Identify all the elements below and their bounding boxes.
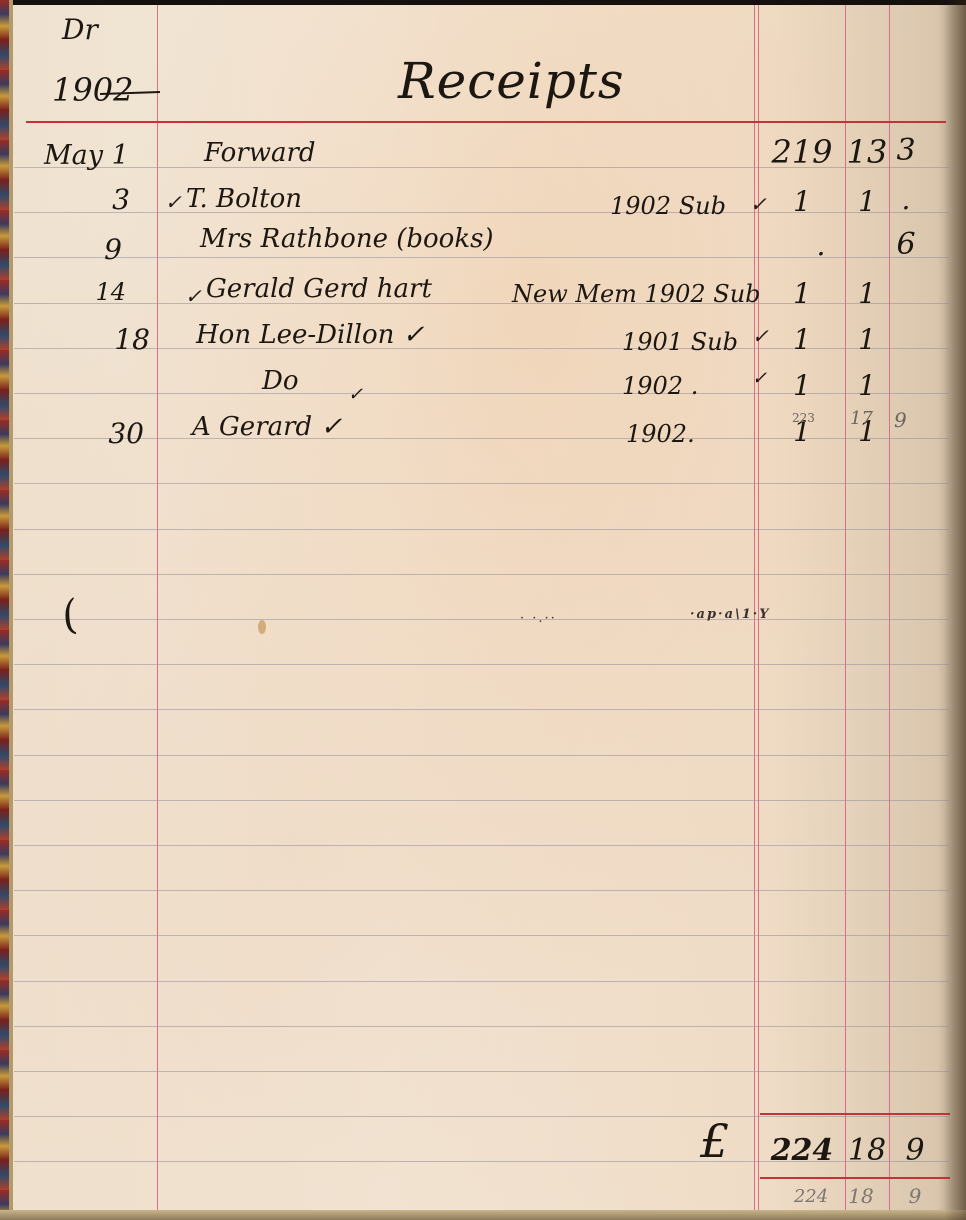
- page-bottom-edge: [0, 1210, 966, 1220]
- entry-shillings: 1: [846, 188, 888, 216]
- margin-rule: [157, 5, 158, 1210]
- total-shillings: 18: [846, 1136, 888, 1166]
- entry-date: 3: [50, 186, 130, 214]
- ruled-line: [14, 483, 949, 484]
- entry-name: Do: [262, 368, 299, 394]
- entry-pence: 6: [890, 230, 922, 260]
- entry-name: A Gerard ✓: [192, 414, 342, 440]
- ruled-line: [14, 890, 949, 891]
- ruled-line: [14, 800, 949, 801]
- entry-name: T. Bolton: [186, 186, 302, 212]
- entry-name: Gerald Gerd hart: [206, 276, 432, 302]
- stain-spot: [258, 620, 266, 634]
- entry-reference: 1902 .: [622, 374, 698, 398]
- header-rule: [26, 121, 946, 123]
- ruled-line: [14, 619, 949, 620]
- entry-check-icon: ✓: [165, 192, 182, 212]
- pencil-subtotal-pence: 9: [894, 410, 907, 430]
- entry-name: Hon Lee-Dillon ✓: [196, 322, 424, 348]
- total-rule-top: [760, 1113, 950, 1115]
- margin-mark: (: [57, 595, 82, 638]
- debit-label: Dr: [62, 16, 98, 44]
- pound-sign: £: [700, 1118, 729, 1164]
- pencil-total-shillings: 18: [846, 1186, 876, 1206]
- ruled-line: [14, 709, 949, 710]
- ruled-line: [14, 755, 949, 756]
- entry-reference: 1902.: [626, 422, 695, 446]
- entry-name: Forward: [204, 140, 316, 166]
- entry-shillings: .: [800, 232, 842, 260]
- page-top-edge: [0, 0, 966, 5]
- entry-shillings: 1: [846, 326, 888, 354]
- ruled-line: [14, 935, 949, 936]
- ruled-line: [14, 574, 949, 575]
- ruled-line: [14, 1071, 949, 1072]
- entry-date: 18: [70, 326, 150, 354]
- shillings-rule: [845, 5, 846, 1210]
- entry-pence: .: [890, 186, 922, 214]
- page-curl-shadow: [944, 0, 966, 1220]
- ruled-line: [14, 1116, 949, 1117]
- entry-reference: 1902 Sub: [610, 194, 726, 218]
- total-rule-bottom: [760, 1177, 950, 1179]
- entry-reference: New Mem 1902 Sub: [512, 282, 761, 306]
- pencil-total-pence: 9: [900, 1186, 930, 1206]
- marbled-binding: [0, 0, 9, 1220]
- ruled-line: [14, 664, 949, 665]
- entry-pounds: 1: [762, 188, 842, 216]
- total-pence: 9: [890, 1136, 940, 1166]
- entry-pounds: 219: [762, 136, 842, 168]
- ink-smudge: ·ap·a\1·Y: [690, 608, 771, 621]
- entry-name: Mrs Rathbone (books): [200, 226, 494, 252]
- ruled-line: [14, 981, 949, 982]
- page-title: Receipts: [398, 56, 625, 106]
- pencil-subtotal-shillings: 17: [850, 410, 873, 428]
- entry-pence: 3: [890, 136, 922, 166]
- entry-check-icon: ✓: [185, 286, 202, 306]
- ledger-page: Dr 1902 Receipts May 1 Forward 219 13 3 …: [0, 0, 966, 1220]
- pencil-total-pounds: 224: [786, 1188, 836, 1206]
- ink-smudge: · ·.··: [520, 612, 557, 625]
- year-label: 1902: [52, 74, 133, 106]
- entry-date: 30: [64, 420, 144, 448]
- ruled-line: [14, 529, 949, 530]
- ruled-line: [14, 1026, 949, 1027]
- entry-date: 14: [46, 280, 126, 304]
- entry-shillings: 1: [846, 280, 888, 308]
- ruled-line: [14, 845, 949, 846]
- total-pounds: 224: [762, 1136, 842, 1166]
- entry-pounds: 1: [762, 372, 842, 400]
- entry-shillings: 1: [846, 372, 888, 400]
- entry-date: May 1: [44, 142, 124, 169]
- entry-date: 9: [42, 236, 122, 264]
- pencil-subtotal-pounds: 223: [792, 412, 815, 424]
- entry-reference: 1901 Sub: [622, 330, 738, 354]
- binding-edge: [9, 0, 13, 1220]
- entry-pounds: 1: [762, 280, 842, 308]
- entry-check-icon: ✓: [348, 386, 363, 404]
- entry-pounds: 1: [762, 326, 842, 354]
- entry-shillings: 13: [846, 136, 888, 168]
